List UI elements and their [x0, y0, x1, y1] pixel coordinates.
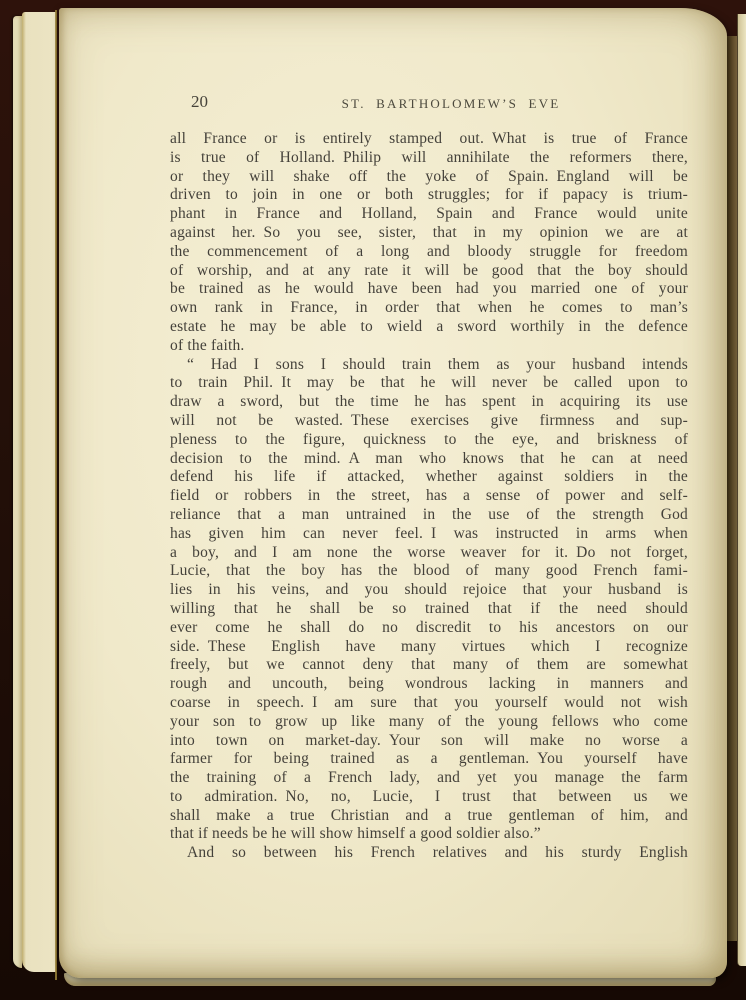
text-line: the commencement of a long and bloody st… [170, 243, 688, 262]
text-line: against her. So you see, sister, that in… [170, 224, 688, 243]
text-line: “ Had I sons I should train them as your… [170, 356, 688, 375]
book-page: 20 ST. BARTHOLOMEW’S EVE all France or i… [59, 8, 727, 978]
text-line: your son to grow up like many of the you… [170, 713, 688, 732]
page-header: 20 ST. BARTHOLOMEW’S EVE [170, 92, 688, 116]
text-line: or they will shake off the yoke of Spain… [170, 168, 688, 187]
text-line: pleness to the figure, quickness to the … [170, 431, 688, 450]
text-line: coarse in speech. I am sure that you you… [170, 694, 688, 713]
text-line: estate he may be able to wield a sword w… [170, 318, 688, 337]
text-line: draw a sword, but the time he has spent … [170, 393, 688, 412]
text-line: is true of Holland. Philip will annihila… [170, 149, 688, 168]
text-line: has given him can never feel. I was inst… [170, 525, 688, 544]
body-text: all France or is entirely stamped out. W… [170, 130, 688, 863]
text-line: freely, but we cannot deny that many of … [170, 656, 688, 675]
text-block: 20 ST. BARTHOLOMEW’S EVE all France or i… [170, 8, 688, 978]
next-page-edge [737, 14, 746, 966]
text-line: side. These English have many virtues wh… [170, 638, 688, 657]
photo-background: { "page_header": { "page_number": "20", … [0, 0, 746, 1000]
text-line: into town on market-day. Your son will m… [170, 732, 688, 751]
text-line: defend his life if attacked, whether aga… [170, 468, 688, 487]
text-line: the training of a French lady, and yet y… [170, 769, 688, 788]
text-line: of the faith. [170, 337, 688, 356]
page-edge-stack-left-inner [22, 12, 56, 972]
text-line: phant in France and Holland, Spain and F… [170, 205, 688, 224]
text-line: that if needs be he will show himself a … [170, 825, 688, 844]
text-line: to admiration. No, no, Lucie, I trust th… [170, 788, 688, 807]
text-line: lies in his veins, and you should rejoic… [170, 581, 688, 600]
text-line: to train Phil. It may be that he will ne… [170, 374, 688, 393]
text-line: shall make a true Christian and a true g… [170, 807, 688, 826]
text-line: ever come he shall do no discredit to hi… [170, 619, 688, 638]
text-line: be trained as he would have been had you… [170, 280, 688, 299]
text-line: decision to the mind. A man who knows th… [170, 450, 688, 469]
running-title: ST. BARTHOLOMEW’S EVE [342, 96, 561, 112]
page-edge-stack-left-outer [13, 16, 22, 968]
text-line: willing that he shall be so trained that… [170, 600, 688, 619]
text-line: driven to join in one or both struggles;… [170, 186, 688, 205]
text-line: farmer for being trained as a gentleman.… [170, 750, 688, 769]
page-fold-line [55, 10, 57, 980]
text-line: field or robbers in the street, has a se… [170, 487, 688, 506]
text-line: Lucie, that the boy has the blood of man… [170, 562, 688, 581]
text-line: reliance that a man untrained in the use… [170, 506, 688, 525]
book: 20 ST. BARTHOLOMEW’S EVE all France or i… [0, 0, 746, 1000]
text-line: And so between his French relatives and … [170, 844, 688, 863]
text-line: rough and uncouth, being wondrous lackin… [170, 675, 688, 694]
page-number: 20 [191, 92, 208, 112]
text-line: of worship, and at any rate it will be g… [170, 262, 688, 281]
text-line: a boy, and I am none the worse weaver fo… [170, 544, 688, 563]
text-line: all France or is entirely stamped out. W… [170, 130, 688, 149]
text-line: will not be wasted. These exercises give… [170, 412, 688, 431]
text-line: own rank in France, in order that when h… [170, 299, 688, 318]
